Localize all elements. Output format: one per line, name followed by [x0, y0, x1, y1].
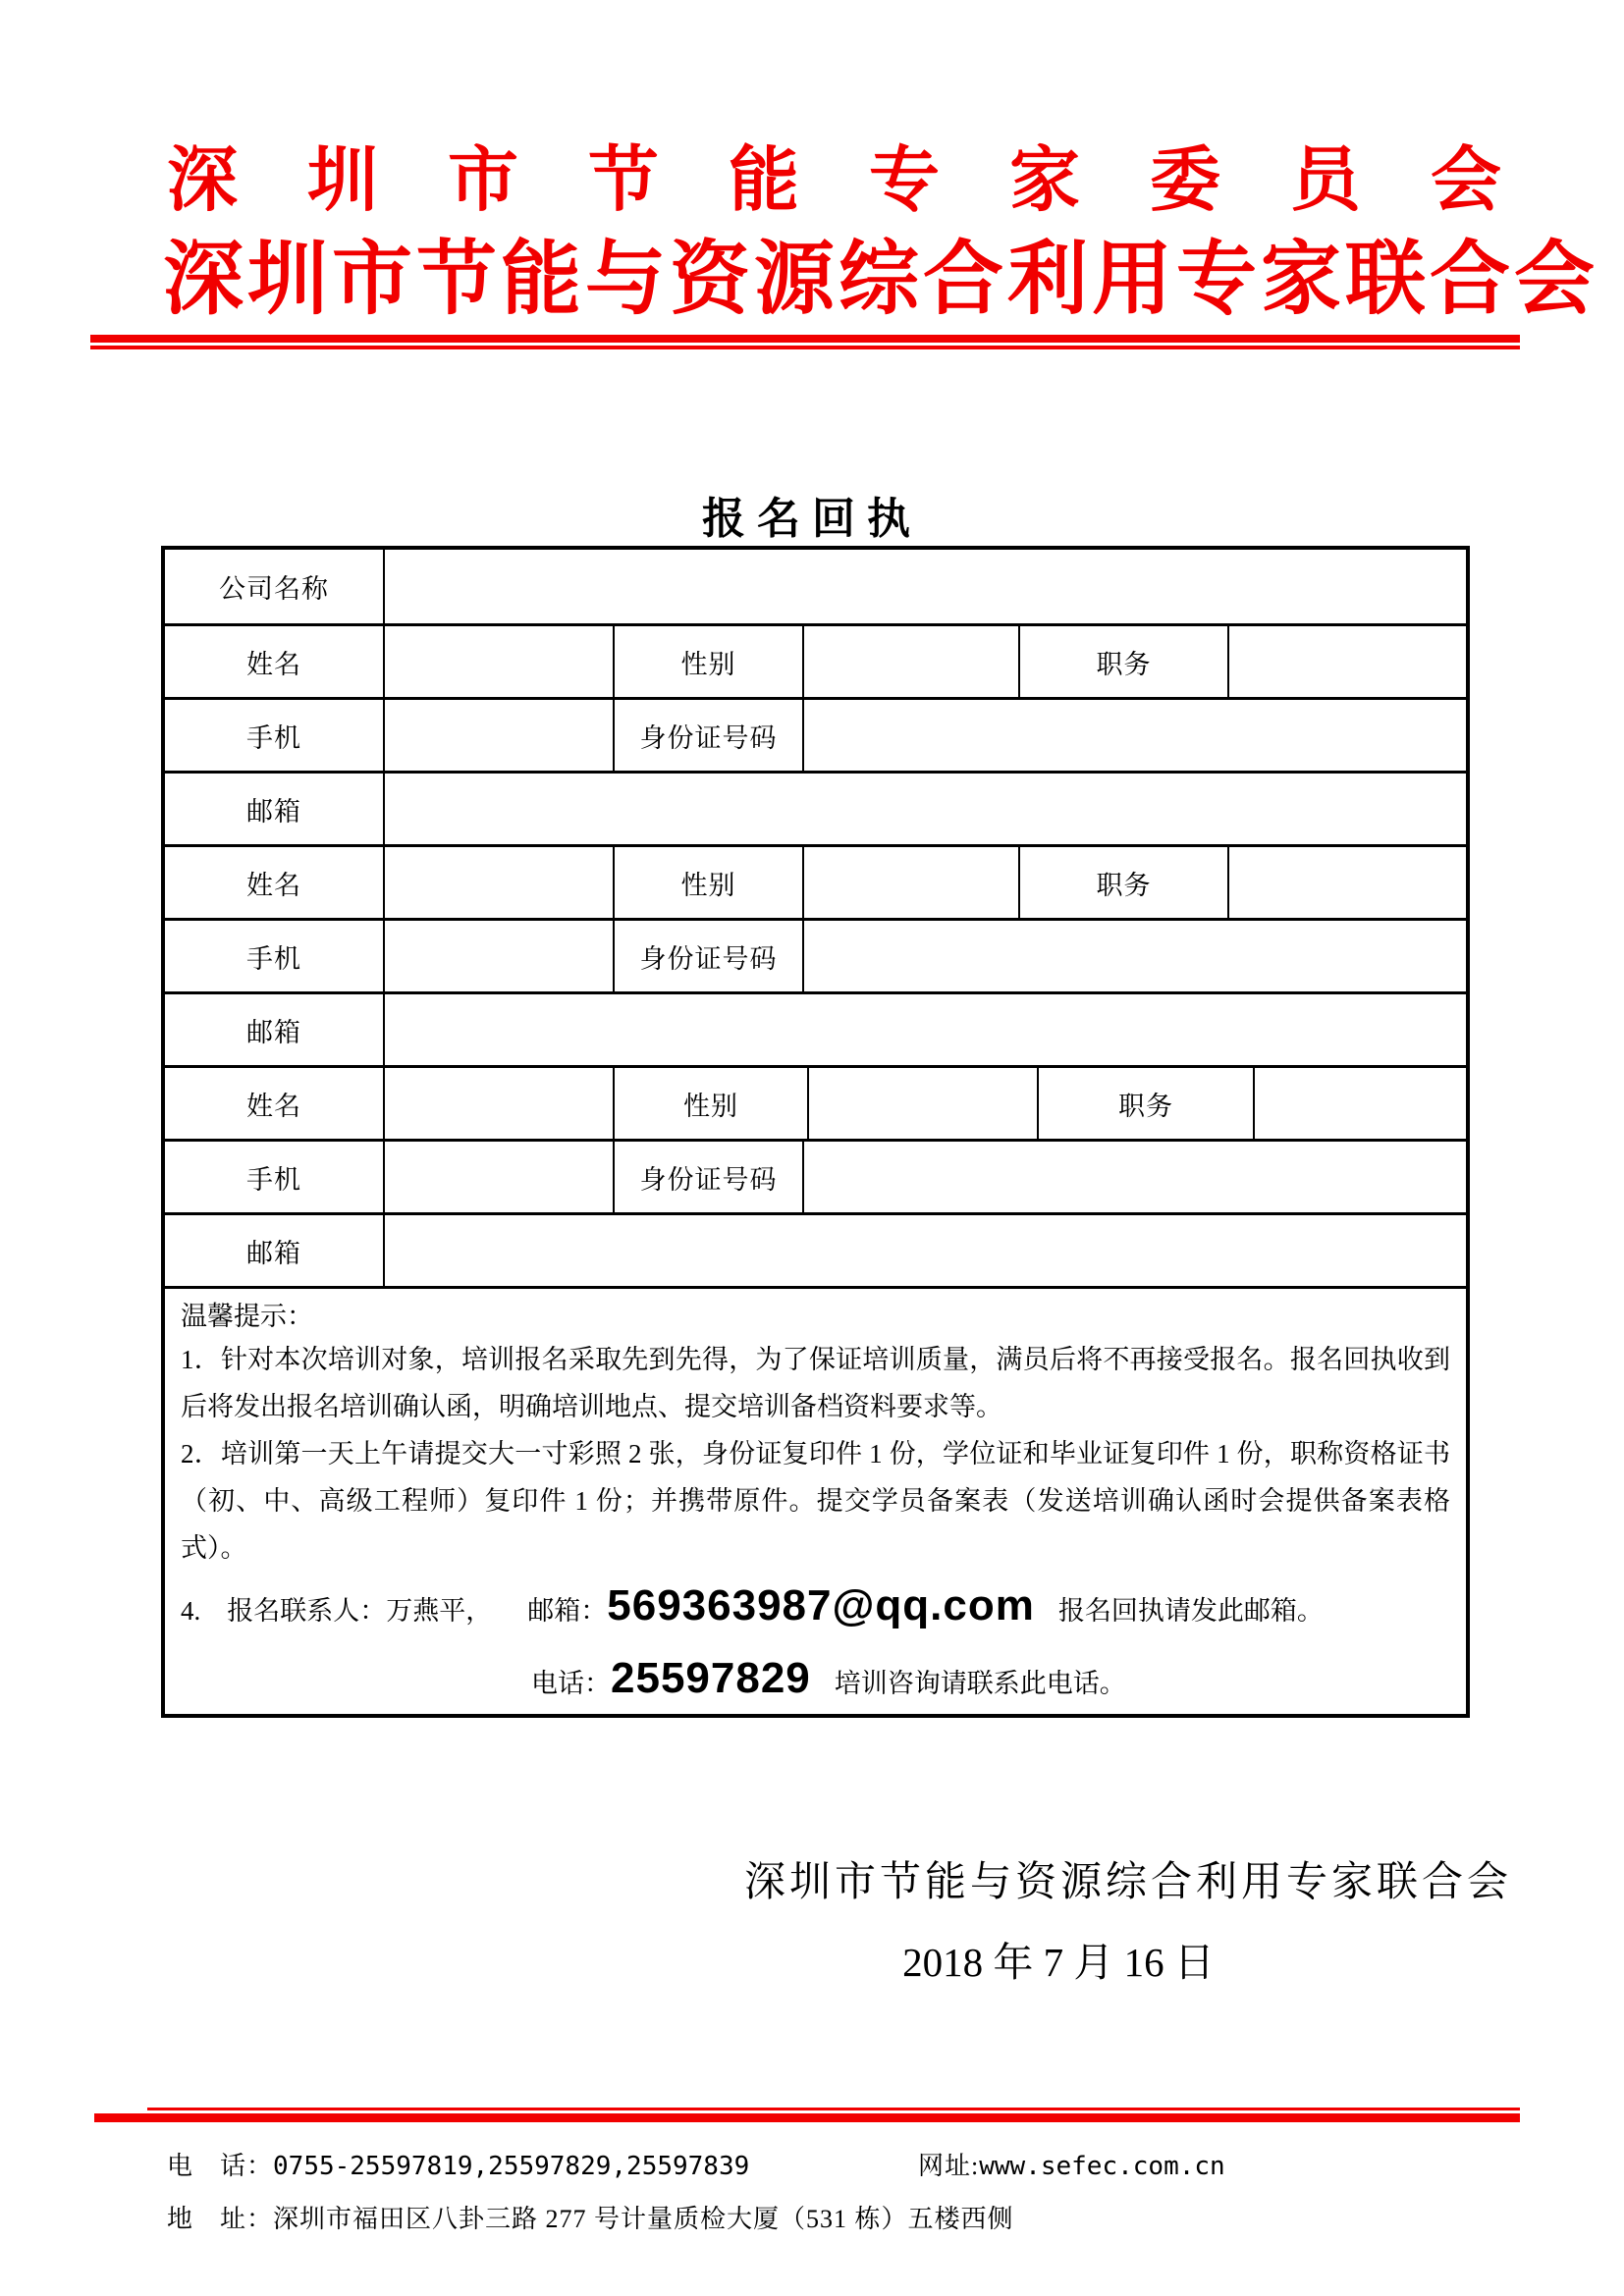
- mobile-value-2: [383, 921, 613, 991]
- email-label-2: 邮箱: [165, 994, 383, 1065]
- gender-label-1: 性别: [613, 626, 802, 697]
- gender-value-1: [802, 626, 1018, 697]
- contact-phone-value: 25597829: [611, 1654, 811, 1702]
- company-row: 公司名称: [165, 550, 1466, 623]
- gender-label-2: 性别: [613, 847, 802, 918]
- footer-phone-label: 电 话：: [167, 2152, 273, 2180]
- tips-heading: 温馨提示：: [181, 1297, 1450, 1336]
- email-value-2: [383, 994, 1466, 1065]
- name-label-3: 姓名: [165, 1068, 383, 1139]
- letterhead-rule-thick: [90, 335, 1520, 343]
- footer-phone: 电 话：0755-25597819,25597829,25597839: [167, 2146, 749, 2182]
- id-number-label-3: 身份证号码: [613, 1142, 802, 1212]
- letterhead-line-2: 深圳市节能与资源综合利用专家联合会: [163, 240, 1598, 320]
- position-label-3: 职务: [1037, 1068, 1253, 1139]
- gender-label-3: 性别: [613, 1068, 807, 1139]
- signature-date: 2018 年 7 月 16 日: [725, 1930, 1392, 1988]
- footer-rule-thick: [94, 2113, 1520, 2122]
- mobile-row-3: 手机 身份证号码: [165, 1139, 1466, 1212]
- position-value-2: [1227, 847, 1466, 918]
- document-page: 深圳市节能专家委员会 深圳市节能与资源综合利用专家联合会 报名回执 公司名称 姓…: [0, 0, 1624, 2296]
- name-label-1: 姓名: [165, 626, 383, 697]
- letterhead-line-1: 深圳市节能专家委员会: [167, 145, 1571, 216]
- mobile-label-1: 手机: [165, 700, 383, 771]
- contact-email-value: 569363987@qq.com: [607, 1581, 1035, 1629]
- mobile-row-1: 手机 身份证号码: [165, 697, 1466, 771]
- gender-value-2: [802, 847, 1018, 918]
- mobile-label-3: 手机: [165, 1142, 383, 1212]
- mobile-value-1: [383, 700, 613, 771]
- email-row-3: 邮箱: [165, 1212, 1466, 1286]
- footer-rule-thin: [147, 2108, 1520, 2110]
- position-label-2: 职务: [1018, 847, 1227, 918]
- tips-section: 温馨提示： 1．针对本次培训对象，培训报名采取先到先得，为了保证培训质量，满员后…: [165, 1286, 1466, 1714]
- footer-web-label: 网址:: [918, 2152, 979, 2180]
- form-title: 报名回执: [0, 483, 1624, 546]
- email-row-2: 邮箱: [165, 991, 1466, 1065]
- position-value-3: [1253, 1068, 1466, 1139]
- name-row-2: 姓名 性别 职务: [165, 844, 1466, 918]
- email-value-3: [383, 1215, 1466, 1286]
- contact-email-note: 报名回执请发此邮箱。: [1058, 1596, 1324, 1626]
- email-value-1: [383, 774, 1466, 844]
- position-value-1: [1227, 626, 1466, 697]
- tips-item-1: 1．针对本次培训对象，培训报名采取先到先得，为了保证培训质量，满员后将不再接受报…: [181, 1336, 1450, 1430]
- letterhead-rule-thin: [90, 346, 1520, 349]
- gender-value-3: [807, 1068, 1037, 1139]
- signature-organization: 深圳市节能与资源综合利用专家联合会: [744, 1849, 1500, 1908]
- name-value-3: [383, 1068, 613, 1139]
- contact-email-label: 邮箱：: [527, 1596, 607, 1626]
- name-label-2: 姓名: [165, 847, 383, 918]
- contact-email-line: 4. 报名联系人：万燕平，邮箱：569363987@qq.com报名回执请发此邮…: [181, 1581, 1450, 1630]
- name-row-1: 姓名 性别 职务: [165, 623, 1466, 697]
- registration-table: 公司名称 姓名 性别 职务 手机 身份证号码 邮箱 姓名 性别: [161, 546, 1470, 1718]
- email-row-1: 邮箱: [165, 771, 1466, 844]
- footer-address: 地 址：深圳市福田区八卦三路 277 号计量质检大厦（531 栋）五楼西侧: [167, 2199, 1014, 2235]
- mobile-label-2: 手机: [165, 921, 383, 991]
- id-number-value-1: [802, 700, 1466, 771]
- name-value-1: [383, 626, 613, 697]
- id-number-value-3: [802, 1142, 1466, 1212]
- contact-phone-label: 电话：: [531, 1669, 611, 1698]
- contact-phone-note: 培训咨询请联系此电话。: [835, 1669, 1126, 1698]
- contact-prefix: 4. 报名联系人：万燕平，: [181, 1596, 492, 1626]
- id-number-label-2: 身份证号码: [613, 921, 802, 991]
- footer-address-label: 地 址：: [167, 2205, 273, 2233]
- mobile-value-3: [383, 1142, 613, 1212]
- email-label-1: 邮箱: [165, 774, 383, 844]
- name-value-2: [383, 847, 613, 918]
- footer-web-url: www.sefec.com.cn: [979, 2152, 1224, 2181]
- email-label-3: 邮箱: [165, 1215, 383, 1286]
- position-label-1: 职务: [1018, 626, 1227, 697]
- company-label: 公司名称: [165, 550, 383, 623]
- contact-phone-line: 电话：25597829培训咨询请联系此电话。: [531, 1654, 1450, 1703]
- footer-address-text: 深圳市福田区八卦三路 277 号计量质检大厦（531 栋）五楼西侧: [273, 2205, 1014, 2233]
- mobile-row-2: 手机 身份证号码: [165, 918, 1466, 991]
- name-row-3: 姓名 性别 职务: [165, 1065, 1466, 1139]
- tips-item-2: 2．培训第一天上午请提交大一寸彩照 2 张，身份证复印件 1 份，学位证和毕业证…: [181, 1430, 1450, 1572]
- footer-phone-numbers: 0755-25597819,25597829,25597839: [273, 2152, 749, 2181]
- company-value: [383, 550, 1466, 623]
- id-number-label-1: 身份证号码: [613, 700, 802, 771]
- id-number-value-2: [802, 921, 1466, 991]
- footer-website: 网址:www.sefec.com.cn: [918, 2146, 1225, 2182]
